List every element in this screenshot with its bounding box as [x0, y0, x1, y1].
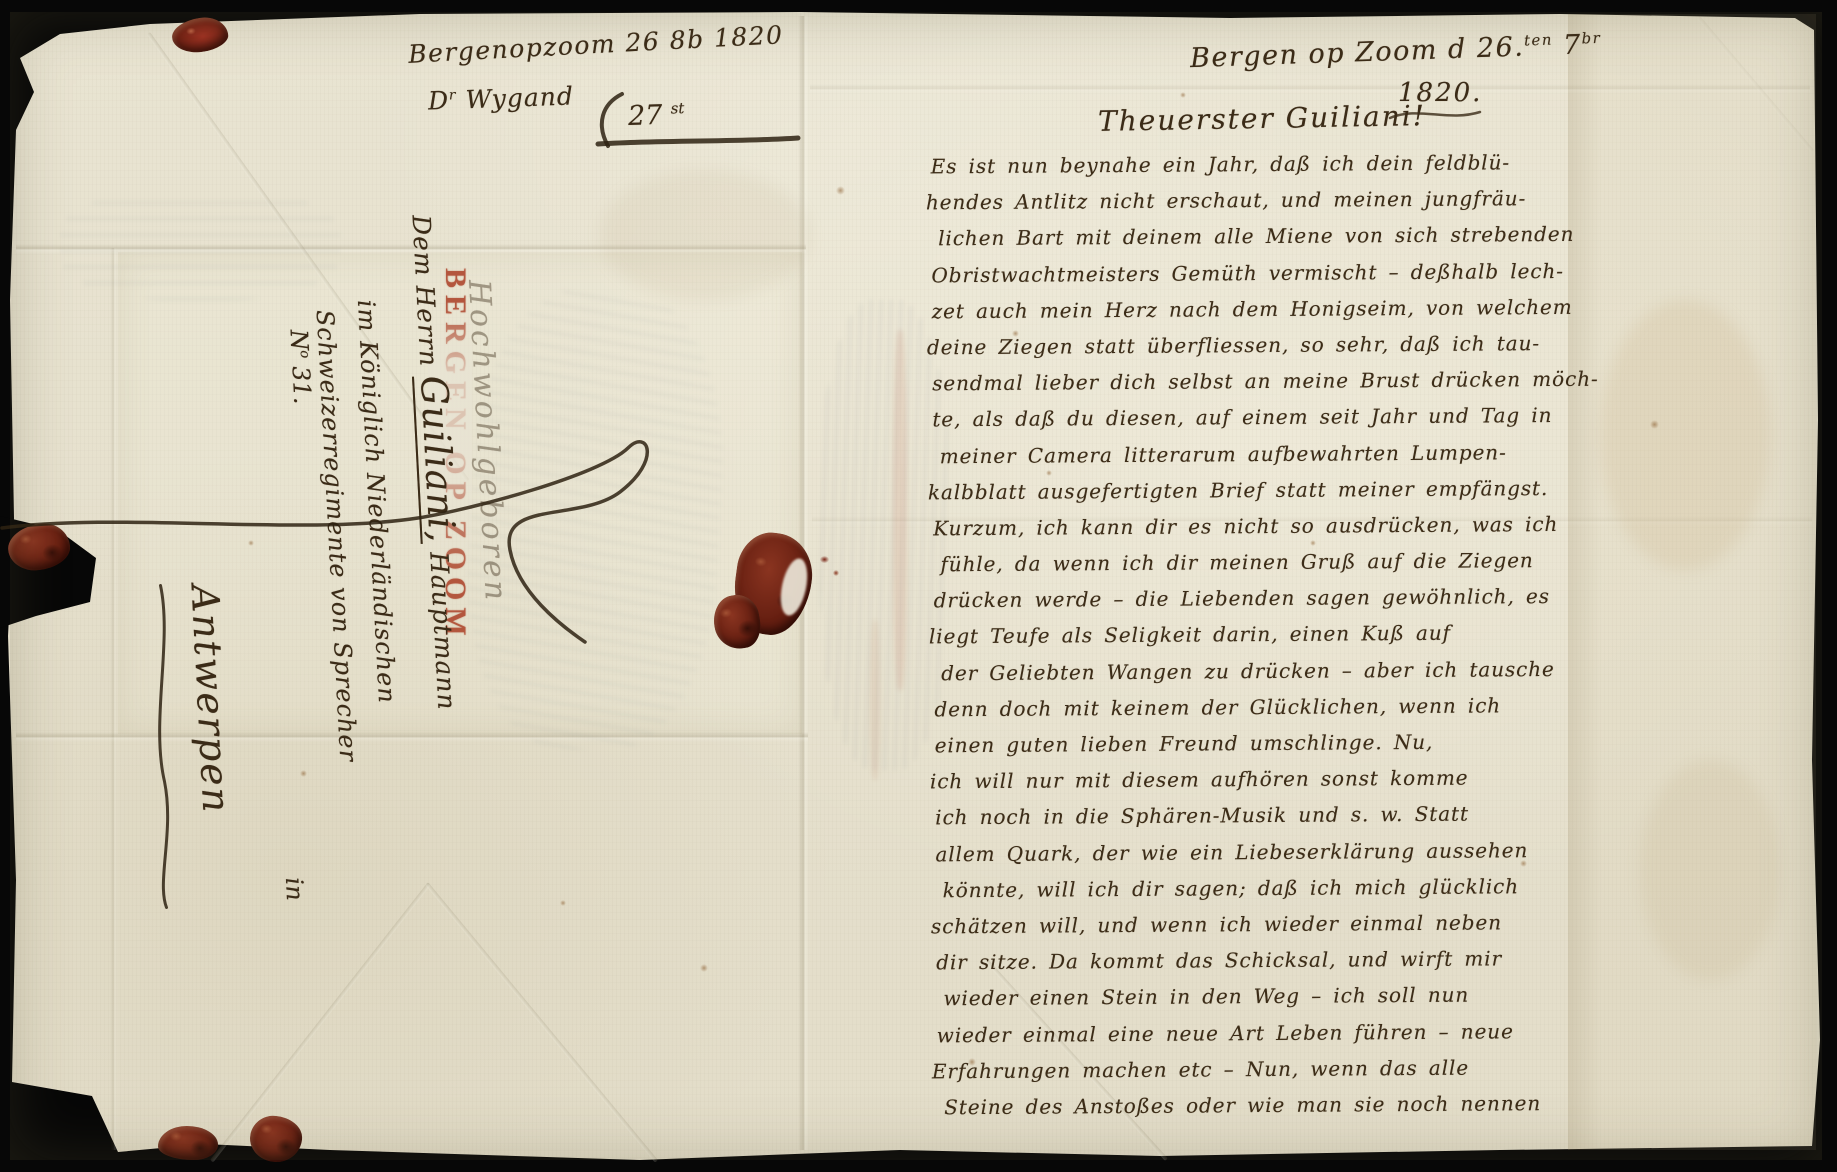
- letter-body-line: schätzen will, und wenn ich wieder einma…: [931, 910, 1603, 951]
- letter-body-line: Kurzum, ich kann dir es nicht so ausdrüc…: [933, 512, 1600, 553]
- letter-body-line: ich noch in die Sphären-Musik und s. w. …: [935, 801, 1602, 842]
- postmark-offset-smear: [870, 620, 880, 780]
- letter-salutation: Theuerster Guiliani!: [1098, 99, 1426, 138]
- foxing-spot: [1180, 92, 1186, 98]
- letter-body-line: drücken werde – die Liebenden sagen gewö…: [934, 584, 1601, 625]
- under-page-edge: [1568, 14, 1816, 1150]
- letter-body-line: einen guten lieben Freund umschlinge. Nu…: [935, 729, 1602, 770]
- paper-stain: [1640, 760, 1780, 980]
- letter-body-line: wieder einmal eine neue Art Leben führen…: [937, 1018, 1604, 1059]
- dateline-ordinal-sup: ten: [1524, 31, 1553, 50]
- dateline-month-sup: br: [1581, 29, 1601, 48]
- letter-body-line: ich will nur mit diesem aufhören sonst k…: [930, 765, 1602, 806]
- wax-droplet: [833, 570, 839, 576]
- postmark-offset-smear: [893, 330, 907, 690]
- foxing-spot: [700, 964, 708, 972]
- paper-stain: [600, 170, 810, 300]
- wax-droplet: [820, 556, 829, 563]
- letter-body-line: deine Ziegen statt überfliessen, so sehr…: [927, 331, 1599, 372]
- fold-crease: [110, 248, 118, 1150]
- address-recipient-prefix: Dem Herrn: [407, 214, 444, 376]
- letter-body-line: kalbblatt ausgefertigten Brief statt mei…: [928, 475, 1600, 516]
- letter-body-line: hendes Antlitz nicht erschaut, und meine…: [926, 186, 1598, 227]
- address-preposition: in: [280, 877, 309, 902]
- letter-body-line: fühle, da wenn ich dir meinen Gruß auf d…: [940, 548, 1600, 589]
- paper-stain: [1600, 300, 1770, 570]
- number-letter: N: [285, 329, 314, 351]
- foxing-spot: [560, 900, 566, 906]
- number-value: 31.: [286, 358, 316, 405]
- doctor-name: Wygand: [456, 81, 574, 114]
- letter-scan: BERGEN OP ZOOM Hochwohlgeboren Dem Herrn…: [0, 0, 1837, 1172]
- postage-flourish: [592, 92, 802, 152]
- paraph-flourish: [0, 420, 680, 660]
- letter-body-line: Es ist nun beynahe ein Jahr, daß ich dei…: [931, 150, 1598, 191]
- fold-crease: [810, 84, 1810, 94]
- letter-body-line: der Geliebten Wangen zu drücken – aber i…: [941, 656, 1601, 697]
- letter-body-line: liegt Teufe als Seligkeit darin, einen K…: [929, 620, 1601, 661]
- wax-seal: [158, 1126, 218, 1160]
- address-number: No 31.: [285, 329, 317, 405]
- letter-body-line: meiner Camera litterarum aufbewahrten Lu…: [940, 439, 1600, 480]
- letter-body-line: Obristwachtmeisters Gemüth vermischt – d…: [931, 258, 1598, 299]
- doctor-initial: D: [428, 86, 450, 116]
- dateline-month: 7: [1553, 30, 1583, 62]
- letter-body-line: könnte, will ich dir sagen; daß ich mich…: [943, 873, 1603, 914]
- letter-body-line: denn doch mit keinem der Glücklichen, we…: [934, 692, 1601, 733]
- letter-body: Es ist nun beynahe ein Jahr, daß ich dei…: [931, 150, 1604, 1132]
- letter-body-line: dir sitze. Da kommt das Schicksal, und w…: [936, 946, 1603, 987]
- foxing-spot: [1650, 420, 1659, 429]
- letter-body-line: zet auch mein Herz nach dem Honigseim, v…: [932, 294, 1599, 335]
- letter-body-line: Erfahrungen machen etc – Nun, wenn das a…: [932, 1054, 1604, 1095]
- doctor-annotation: Dr Wygand: [428, 81, 575, 115]
- letter-body-line: te, als daß du diesen, auf einem seit Ja…: [932, 403, 1599, 444]
- letter-body-line: Steine des Anstoßes oder wie man sie noc…: [944, 1091, 1604, 1132]
- letter-body-line: sendmal lieber dich selbst an meine Brus…: [932, 367, 1599, 408]
- letter-body-line: wieder einen Stein in den Weg – ich soll…: [943, 982, 1603, 1023]
- letter-body-line: lichen Bart mit deinem alle Miene von si…: [938, 222, 1598, 263]
- foxing-spot: [836, 186, 845, 195]
- letter-body-line: allem Quark, der wie ein Liebeserklärung…: [935, 837, 1602, 878]
